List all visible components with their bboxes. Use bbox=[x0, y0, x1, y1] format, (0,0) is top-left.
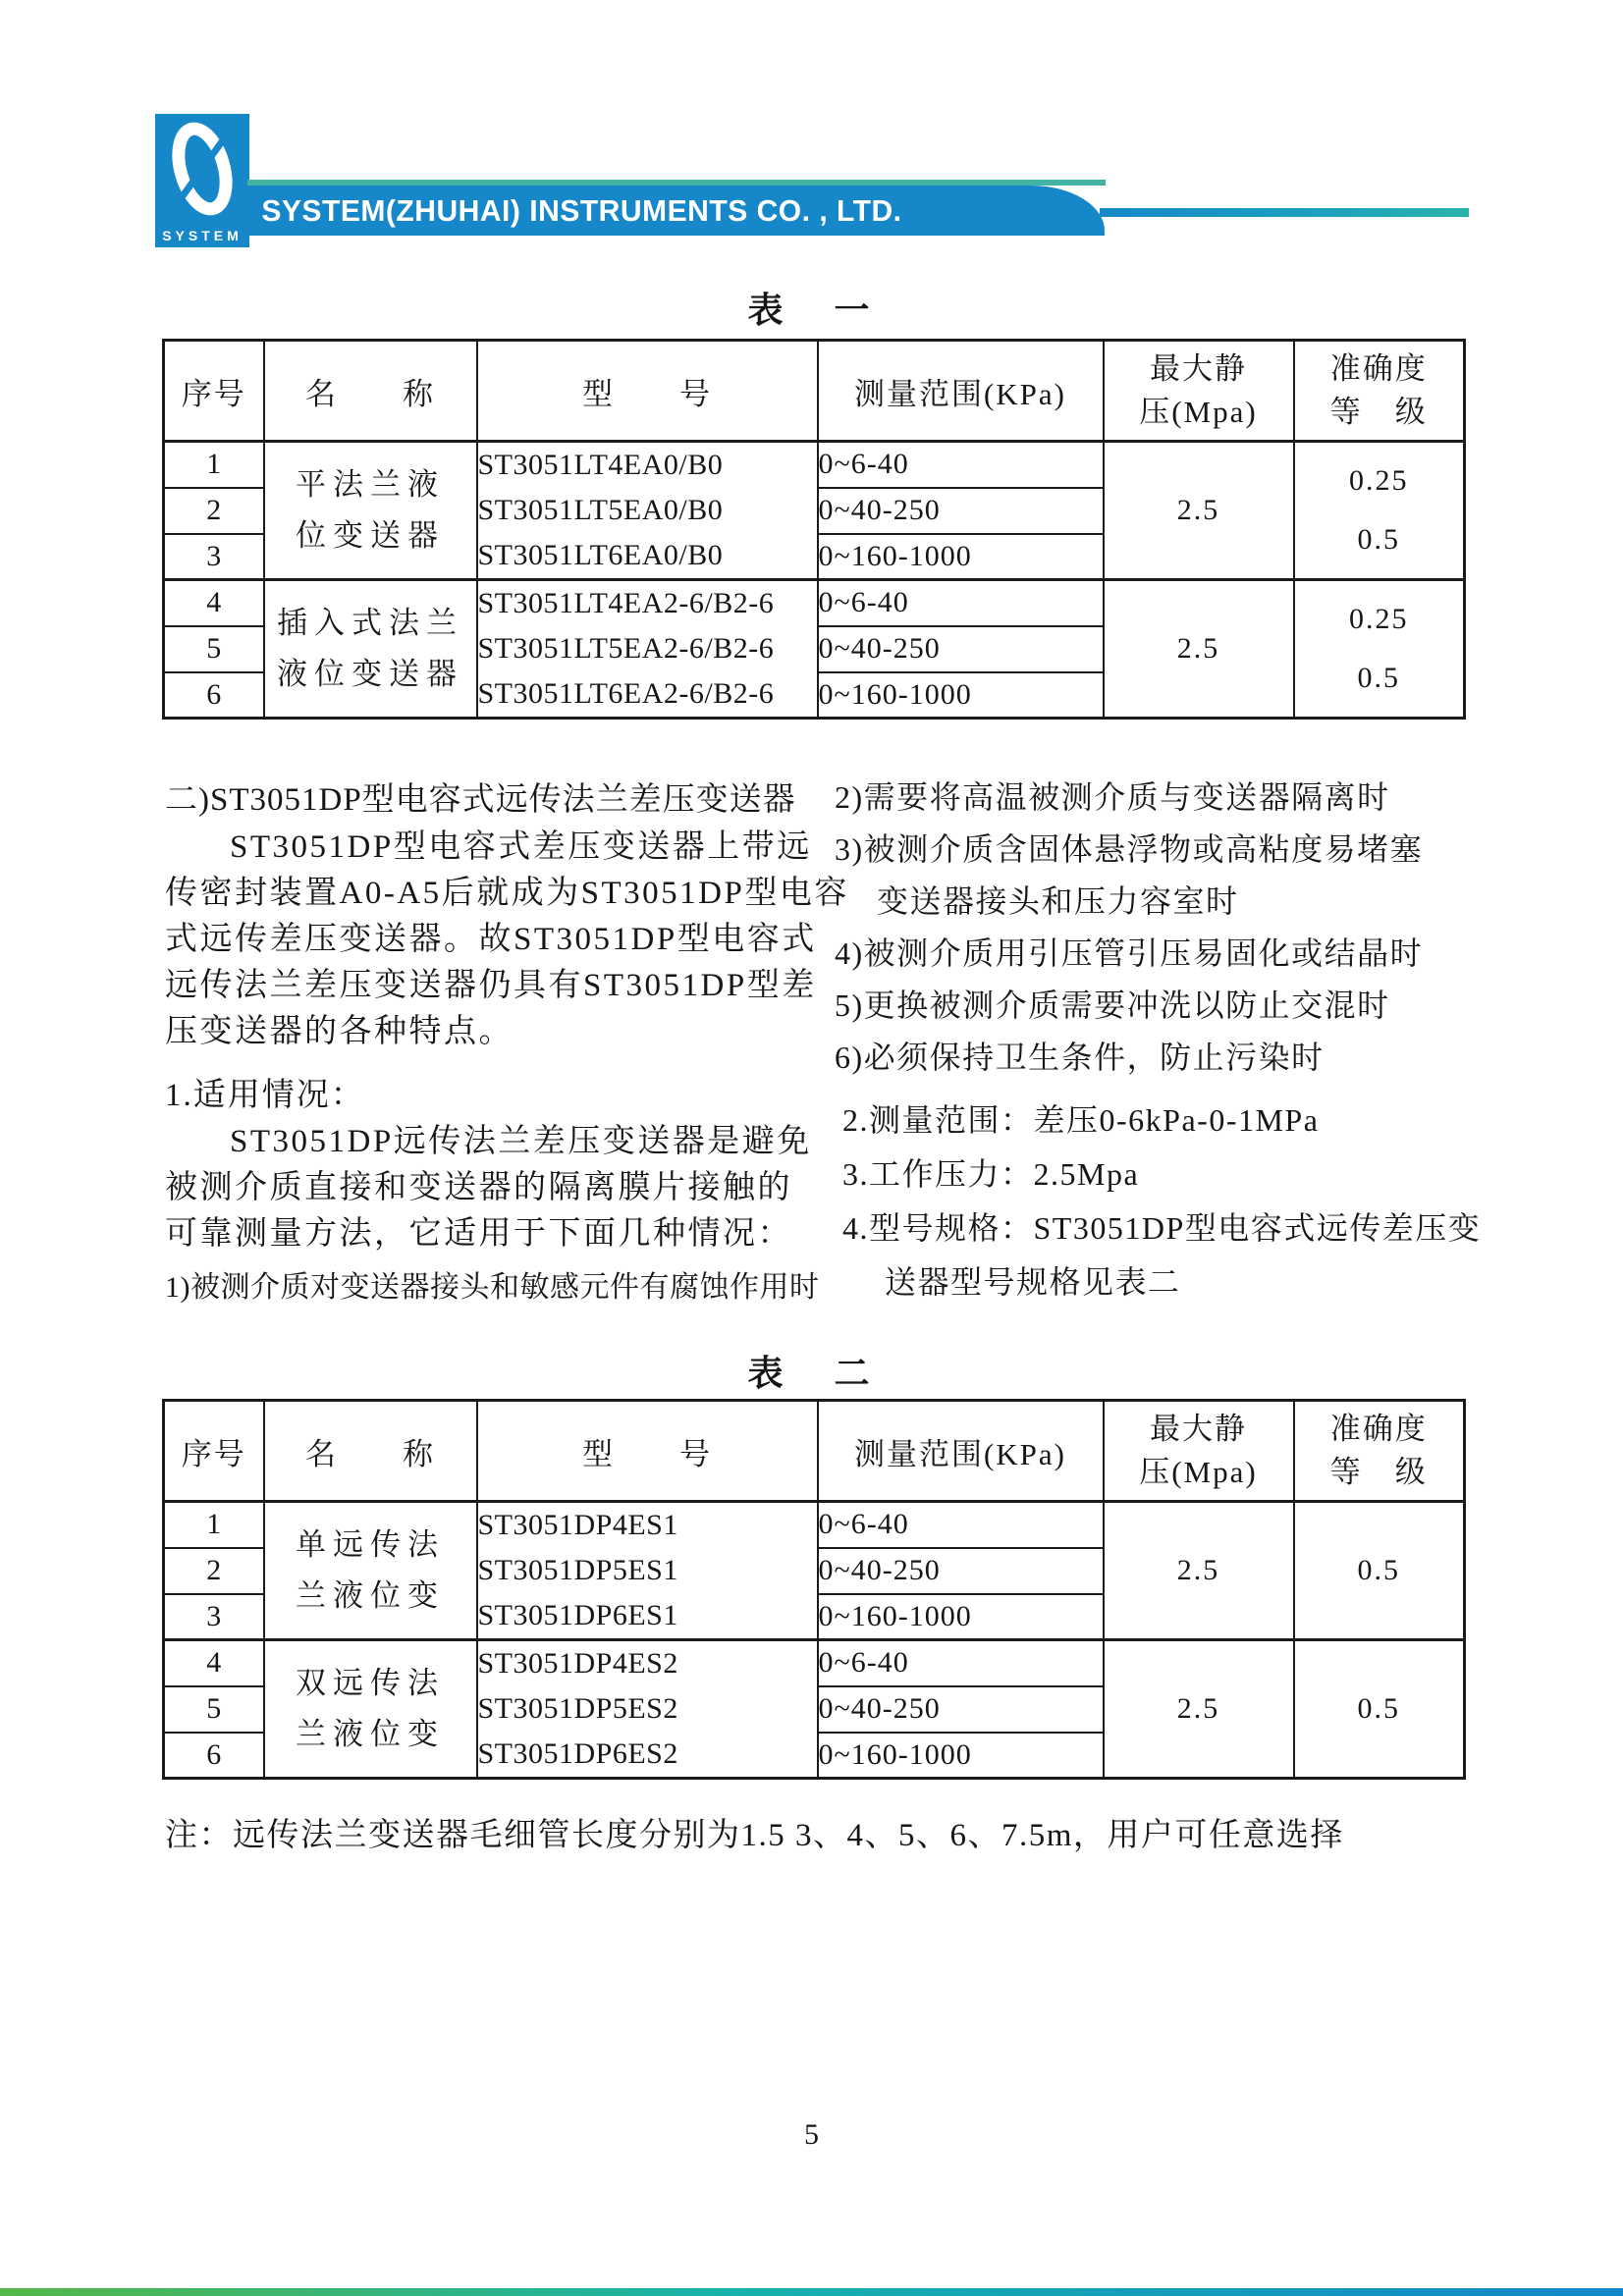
row-no: 6 bbox=[164, 1733, 264, 1779]
header-accuracy: 准确度 等 级 bbox=[1294, 1401, 1465, 1502]
paragraph-line: 可靠测量方法，它适用于下面几种情况： bbox=[165, 1211, 829, 1257]
header-no: 序号 bbox=[164, 1401, 264, 1502]
list-item: 2.测量范围：差压0-6kPa-0-1MPa bbox=[842, 1094, 1528, 1148]
model-cell: ST3051LT5EA0/B0 bbox=[477, 488, 818, 534]
sub-heading: 1.适用情况： bbox=[165, 1073, 829, 1119]
list-item: 3)被测介质含固体悬浮物或高粘度易堵塞 bbox=[835, 824, 1528, 876]
table-row: 4 插入式法兰 液位变送器 ST3051LT4EA2-6/B2-6 0~6-40… bbox=[164, 580, 1465, 626]
range-cell: 0~40-250 bbox=[818, 488, 1104, 534]
model-cell: ST3051LT4EA2-6/B2-6 bbox=[477, 580, 818, 626]
paragraph-line: ST3051DP远传法兰差压变送器是避免 bbox=[165, 1119, 829, 1165]
range-cell: 0~160-1000 bbox=[818, 672, 1104, 719]
row-no: 2 bbox=[164, 1548, 264, 1594]
group-name: 平法兰液 位变送器 bbox=[264, 442, 477, 580]
header-name: 名 称 bbox=[264, 1401, 477, 1502]
row-no: 3 bbox=[164, 1594, 264, 1640]
list-item: 4)被测介质用引压管引压易固化或结晶时 bbox=[835, 928, 1528, 980]
row-no: 6 bbox=[164, 672, 264, 719]
model-cell: ST3051DP5ES2 bbox=[477, 1686, 818, 1733]
header-static-pressure: 最大静 压(Mpa) bbox=[1104, 341, 1294, 442]
list-item: 4.型号规格：ST3051DP型电容式远传差压变 bbox=[842, 1201, 1528, 1255]
company-banner: SYSTEM(ZHUHAI) INSTRUMENTS CO. , LTD. bbox=[241, 186, 1105, 236]
range-cell: 0~40-250 bbox=[818, 1548, 1104, 1594]
numbered-list: 2.测量范围：差压0-6kPa-0-1MPa 3.工作压力：2.5Mpa 4.型… bbox=[835, 1094, 1528, 1309]
model-cell: ST3051DP4ES1 bbox=[477, 1502, 818, 1548]
list-item: 3.工作压力：2.5Mpa bbox=[842, 1148, 1528, 1201]
group-name: 单远传法 兰液位变 bbox=[264, 1502, 477, 1640]
table-2-header-row: 序号 名 称 型 号 测量范围(KPa) 最大静 压(Mpa) 准确度 等 级 bbox=[164, 1401, 1465, 1502]
table-2: 序号 名 称 型 号 测量范围(KPa) 最大静 压(Mpa) 准确度 等 级 … bbox=[162, 1399, 1466, 1780]
range-cell: 0~40-250 bbox=[818, 626, 1104, 672]
range-cell: 0~6-40 bbox=[818, 442, 1104, 488]
paragraph-line: 被测介质直接和变送器的隔离膜片接触的 bbox=[165, 1165, 829, 1211]
row-no: 1 bbox=[164, 1502, 264, 1548]
paragraph-line: 压变送器的各种特点。 bbox=[165, 1009, 829, 1055]
row-no: 5 bbox=[164, 626, 264, 672]
range-cell: 0~6-40 bbox=[818, 1502, 1104, 1548]
table-1-header-row: 序号 名 称 型 号 测量范围(KPa) 最大静 压(Mpa) 准确度 等 级 bbox=[164, 341, 1465, 442]
accuracy-cell: 0.25 0.5 bbox=[1294, 580, 1465, 719]
range-cell: 0~160-1000 bbox=[818, 1733, 1104, 1779]
range-cell: 0~160-1000 bbox=[818, 1594, 1104, 1640]
header-no: 序号 bbox=[164, 341, 264, 442]
accuracy-cell: 0.5 bbox=[1294, 1502, 1465, 1640]
header-model: 型 号 bbox=[477, 1401, 818, 1502]
range-cell: 0~160-1000 bbox=[818, 534, 1104, 580]
table-1-title: 表 一 bbox=[162, 283, 1463, 333]
model-cell: ST3051DP6ES2 bbox=[477, 1733, 818, 1779]
section-heading: 二)ST3051DP型电容式远传法兰差压变送器 bbox=[165, 775, 829, 825]
footer-gradient-bar bbox=[0, 2288, 1623, 2296]
accuracy-cell: 0.25 0.5 bbox=[1294, 442, 1465, 580]
row-no: 4 bbox=[164, 1640, 264, 1686]
table-1: 序号 名 称 型 号 测量范围(KPa) 最大静 压(Mpa) 准确度 等 级 … bbox=[162, 339, 1466, 720]
table-row: 4 双远传法 兰液位变 ST3051DP4ES2 0~6-40 2.5 0.5 bbox=[164, 1640, 1465, 1686]
banner-tail-line bbox=[1100, 208, 1469, 217]
list-item: 6)必须保持卫生条件，防止污染时 bbox=[835, 1032, 1528, 1084]
header-name: 名 称 bbox=[264, 341, 477, 442]
logo-word: SYSTEM bbox=[155, 228, 249, 243]
paragraph-line: 式远传差压变送器。故ST3051DP型电容式 bbox=[165, 917, 829, 963]
table-row: 1 平法兰液 位变送器 ST3051LT4EA0/B0 0~6-40 2.5 0… bbox=[164, 442, 1465, 488]
pressure-cell: 2.5 bbox=[1104, 580, 1294, 719]
paragraph-line: ST3051DP型电容式差压变送器上带远 bbox=[165, 825, 829, 871]
list-item: 变送器接头和压力容室时 bbox=[835, 876, 1528, 928]
model-cell: ST3051DP5ES1 bbox=[477, 1548, 818, 1594]
table-2-title: 表 二 bbox=[162, 1346, 1463, 1396]
catalog-page: { "header": { "logo_text": "SYSTEM", "ba… bbox=[0, 0, 1623, 2296]
pressure-cell: 2.5 bbox=[1104, 442, 1294, 580]
model-cell: ST3051DP6ES1 bbox=[477, 1594, 818, 1640]
accuracy-cell: 0.5 bbox=[1294, 1640, 1465, 1779]
pressure-cell: 2.5 bbox=[1104, 1640, 1294, 1779]
paragraph-line: 远传法兰差压变送器仍具有ST3051DP型差 bbox=[165, 963, 829, 1009]
page-number: 5 bbox=[0, 2118, 1623, 2152]
list-item: 送器型号规格见表二 bbox=[842, 1255, 1528, 1309]
model-cell: ST3051LT4EA0/B0 bbox=[477, 442, 818, 488]
row-no: 1 bbox=[164, 442, 264, 488]
header-range: 测量范围(KPa) bbox=[818, 1401, 1104, 1502]
list-item: 1)被测介质对变送器接头和敏感元件有腐蚀作用时 bbox=[165, 1263, 829, 1312]
list-item: 5)更换被测介质需要冲洗以防止交混时 bbox=[835, 980, 1528, 1032]
company-name: SYSTEM(ZHUHAI) INSTRUMENTS CO. , LTD. bbox=[241, 193, 902, 229]
model-cell: ST3051LT6EA0/B0 bbox=[477, 534, 818, 580]
list-item: 2)需要将高温被测介质与变送器隔离时 bbox=[835, 772, 1528, 824]
range-cell: 0~40-250 bbox=[818, 1686, 1104, 1733]
row-no: 4 bbox=[164, 580, 264, 626]
group-name: 插入式法兰 液位变送器 bbox=[264, 580, 477, 719]
model-cell: ST3051DP4ES2 bbox=[477, 1640, 818, 1686]
group-name: 双远传法 兰液位变 bbox=[264, 1640, 477, 1779]
footnote: 注：远传法兰变送器毛细管长度分别为1.5 3、4、5、6、7.5m，用户可任意选… bbox=[165, 1809, 1520, 1855]
model-cell: ST3051LT6EA2-6/B2-6 bbox=[477, 672, 818, 719]
paragraph-line: 传密封装置A0-A5后就成为ST3051DP型电容 bbox=[165, 871, 829, 917]
left-text-column: 二)ST3051DP型电容式远传法兰差压变送器 ST3051DP型电容式差压变送… bbox=[165, 775, 829, 1312]
header-range: 测量范围(KPa) bbox=[818, 341, 1104, 442]
range-cell: 0~6-40 bbox=[818, 1640, 1104, 1686]
pressure-cell: 2.5 bbox=[1104, 1502, 1294, 1640]
header-model: 型 号 bbox=[477, 341, 818, 442]
row-no: 5 bbox=[164, 1686, 264, 1733]
right-text-column: 2)需要将高温被测介质与变送器隔离时 3)被测介质含固体悬浮物或高粘度易堵塞 变… bbox=[835, 772, 1528, 1309]
company-logo: SYSTEM bbox=[155, 114, 249, 247]
row-no: 2 bbox=[164, 488, 264, 534]
table-row: 1 单远传法 兰液位变 ST3051DP4ES1 0~6-40 2.5 0.5 bbox=[164, 1502, 1465, 1548]
header-accuracy: 准确度 等 级 bbox=[1294, 341, 1465, 442]
range-cell: 0~6-40 bbox=[818, 580, 1104, 626]
header-static-pressure: 最大静 压(Mpa) bbox=[1104, 1401, 1294, 1502]
row-no: 3 bbox=[164, 534, 264, 580]
logo-swoosh-icon bbox=[163, 120, 242, 218]
model-cell: ST3051LT5EA2-6/B2-6 bbox=[477, 626, 818, 672]
